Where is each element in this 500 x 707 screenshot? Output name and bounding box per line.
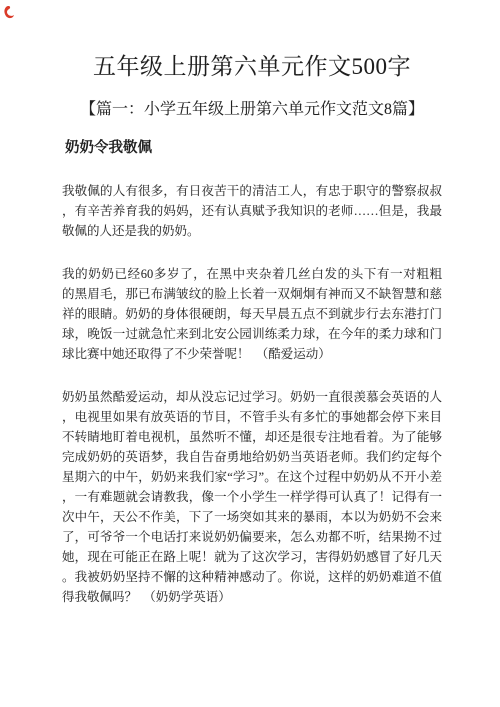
- section-heading: 奶奶令我敬佩: [65, 138, 442, 158]
- paragraph-line: 星期六的中午，奶奶来我们家“学习”。在这个过程中奶奶从不开小差: [62, 467, 442, 487]
- paragraph-line: ，电视里如果有放英语的节目，不管手头有多忙的事她都会停下来目: [62, 407, 442, 427]
- paragraph-line: 祥的眼睛。奶奶的身体很硬朗，每天早晨五点不到就步行去东港打门: [62, 304, 442, 324]
- corner-red-mark-icon: [3, 5, 15, 19]
- paragraph-line: 奶奶虽然酷爱运动，却从没忘记过学习。奶奶一直很羡慕会英语的人: [62, 387, 442, 407]
- paragraph-line: 她，现在可能正在路上呢！就为了这次学习，害得奶奶感冒了好几天: [62, 547, 442, 567]
- paragraph-line: 了，可爷爷一个电话打来说奶奶偏要来，怎么劝都不听，结果拗不过: [62, 527, 442, 547]
- paragraph-line: 。我被奶奶坚持不懈的这种精神感动了。你说，这样的奶奶难道不值: [62, 567, 442, 587]
- paragraph-line: ，一有难题就会请教我，像一个小学生一样学得可认真了！记得有一: [62, 487, 442, 507]
- paragraph-line: 敬佩的人还是我的奶奶。: [62, 221, 442, 241]
- page-subtitle: 【篇一：小学五年级上册第六单元作文范文8篇】: [62, 98, 442, 122]
- paragraph-line: 我敬佩的人有很多，有日夜苦干的清洁工人，有忠于职守的警察叔叔: [62, 181, 442, 201]
- essay-body: 我敬佩的人有很多，有日夜苦干的清洁工人，有忠于职守的警察叔叔，有辛苦养育我的妈妈…: [62, 181, 442, 607]
- paragraph-line: 球，晚饭一过就急忙来到北安公园训练柔力球，在今年的柔力球和门: [62, 324, 442, 344]
- paragraph: 我敬佩的人有很多，有日夜苦干的清洁工人，有忠于职守的警察叔叔，有辛苦养育我的妈妈…: [62, 181, 442, 241]
- paragraph-line: 我的奶奶已经60多岁了，在黑中夹杂着几丝白发的头下有一对粗粗: [62, 264, 442, 284]
- paragraph-line: 的黑眉毛，那已布满皱纹的脸上长着一双炯炯有神而又不缺智慧和慈: [62, 284, 442, 304]
- paragraph-line: 次中午，天公不作美，下了一场突如其来的暴雨，本以为奶奶不会来: [62, 507, 442, 527]
- paragraph: 奶奶虽然酷爱运动，却从没忘记过学习。奶奶一直很羡慕会英语的人，电视里如果有放英语…: [62, 387, 442, 607]
- paragraph: 我的奶奶已经60多岁了，在黑中夹杂着几丝白发的头下有一对粗粗的黑眉毛，那已布满皱…: [62, 264, 442, 364]
- paragraph-line: 得我敬佩吗？ （奶奶学英语）: [62, 587, 442, 607]
- paragraph-line: 不转睛地盯着电视机，虽然听不懂，却还是很专注地看着。为了能够: [62, 427, 442, 447]
- page-title: 五年级上册第六单元作文500字: [62, 0, 442, 84]
- document-page: 五年级上册第六单元作文500字 【篇一：小学五年级上册第六单元作文范文8篇】 奶…: [0, 0, 500, 607]
- paragraph-line: 球比赛中她还取得了不少荣誉呢！ （酷爱运动）: [62, 344, 442, 364]
- paragraph-line: 完成奶奶的英语梦，我自告奋勇地给奶奶当英语老师。我们约定每个: [62, 447, 442, 467]
- paragraph-line: ，有辛苦养育我的妈妈，还有认真赋予我知识的老师……但是，我最: [62, 201, 442, 221]
